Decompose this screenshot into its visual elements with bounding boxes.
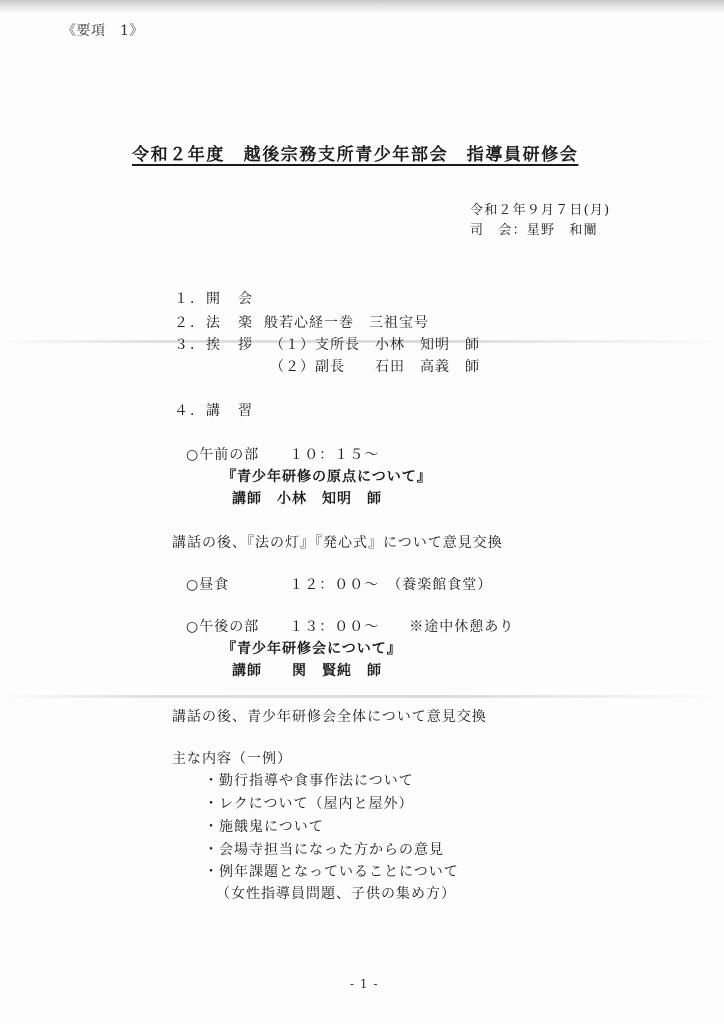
main-contents-bullet: ・例年課題となっていることについて	[204, 863, 459, 881]
morning-followup: 講話の後、『法の灯』『発心式』について意見交換	[172, 534, 503, 552]
afternoon-session-time: ○午後の部 １３：００～ ※途中休憩あり	[186, 618, 514, 636]
document-date: 令和２年９月７日(月)	[470, 202, 610, 220]
main-contents-heading: 主な内容（一例）	[172, 750, 292, 768]
morning-session-time: ○午前の部 １０：１５～	[186, 446, 379, 464]
paper-fold-line	[0, 695, 724, 698]
main-contents-bullet: ・勤行指導や食事作法について	[204, 772, 414, 790]
main-contents-bullet: ・施餓鬼について	[204, 818, 324, 836]
lunch-time: ○昼食 １２：００～ （養楽館食堂）	[186, 576, 492, 594]
scan-edge-shadow	[0, 0, 724, 14]
agenda-item-opening: １．開 会	[174, 290, 254, 308]
document-title: 令和２年度 越後宗務支所青少年部会 指導員研修会	[132, 146, 578, 164]
main-contents-bullet: ・会場寺担当になった方からの意見	[204, 841, 444, 859]
main-contents-note: （女性指導員問題、子供の集め方）	[216, 885, 456, 903]
document-host: 司 会：星野 和闡	[470, 222, 598, 240]
document-header-label: 《要項 1》	[62, 22, 144, 40]
agenda-item-horaku-label: ２．法 楽	[174, 314, 254, 332]
afternoon-session-lecturer: 講師 関 賢純 師	[232, 662, 382, 680]
morning-session-topic: 『青少年研修の原点について』	[222, 468, 432, 486]
afternoon-session-topic: 『青少年研修会について』	[222, 640, 402, 658]
agenda-item-lecture-label: ４．講 習	[174, 402, 254, 420]
agenda-item-greeting-detail-1: （１）支所長 小林 知明 師	[270, 336, 480, 354]
agenda-item-greeting-detail-2: （２）副長 石田 高義 師	[270, 358, 480, 376]
agenda-item-greeting-label: ３．挨 拶	[174, 336, 254, 354]
agenda-item-horaku-detail: 般若心経一巻 三祖宝号	[264, 314, 429, 332]
page-number: - 1 -	[350, 975, 378, 993]
morning-session-lecturer: 講師 小林 知明 師	[232, 490, 382, 508]
main-contents-bullet: ・レクについて（屋内と屋外）	[204, 795, 413, 813]
afternoon-followup: 講話の後、青少年研修会全体について意見交換	[172, 708, 487, 726]
